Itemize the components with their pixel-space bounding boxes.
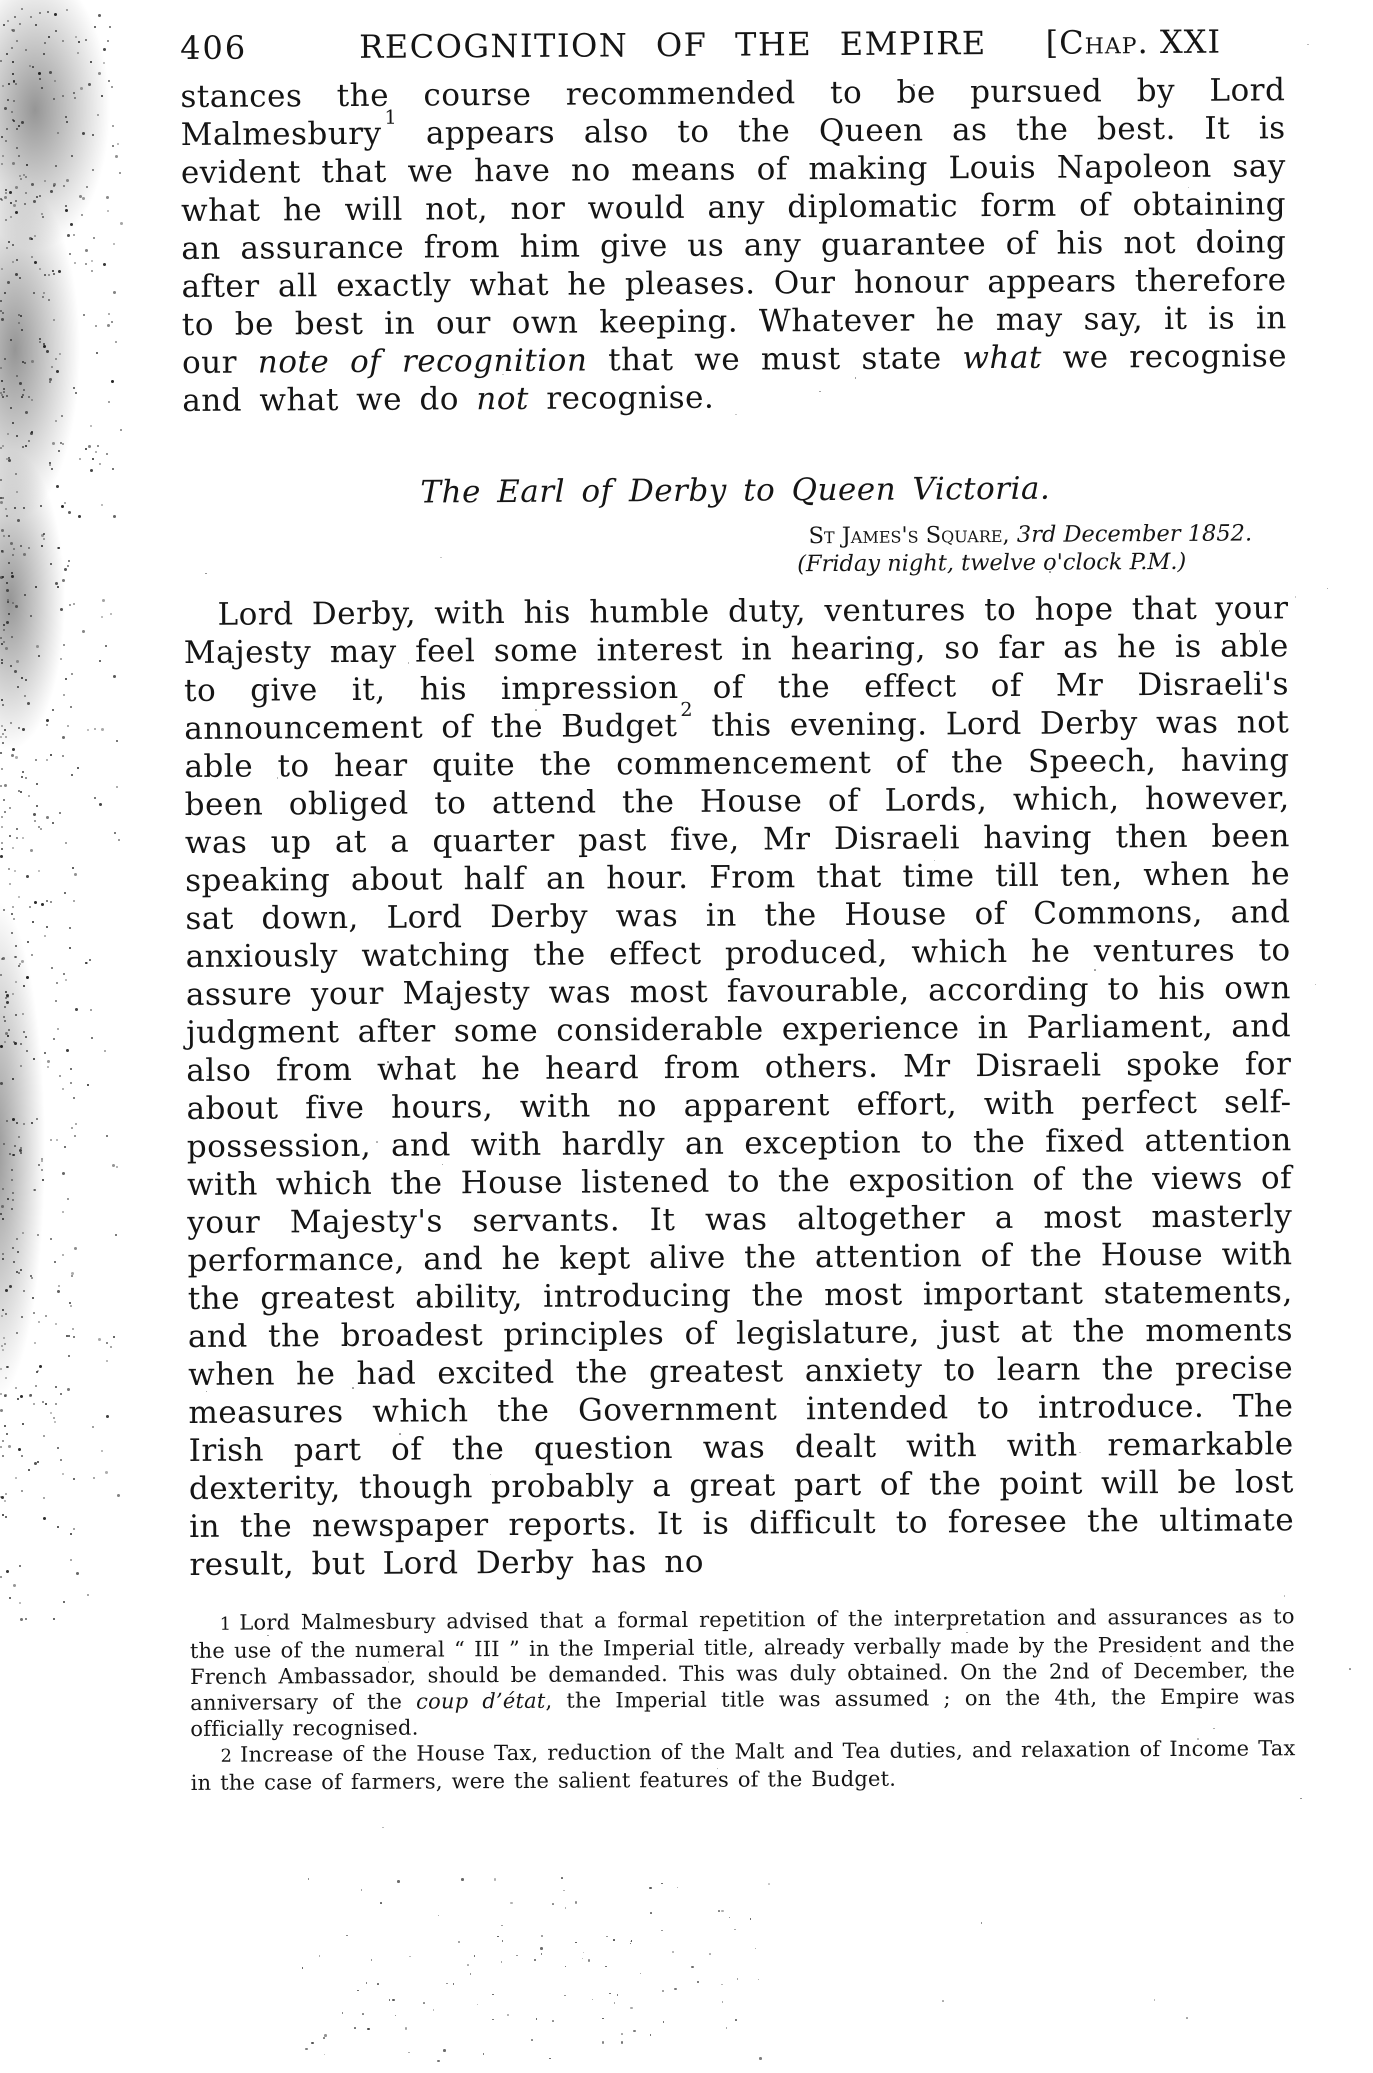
scan-speck: [2, 1514, 4, 1516]
scan-speck: [631, 1940, 633, 1942]
intro-paragraph: stances the course recommended to be pur…: [180, 71, 1287, 420]
scan-speck: [311, 2042, 314, 2045]
scan-speck: [29, 906, 31, 908]
scan-blotch: [0, 900, 45, 1400]
scan-speck: [662, 1990, 665, 1993]
scan-speck: [6, 1433, 8, 1435]
scan-speck: [408, 2052, 410, 2054]
scan-speck: [1307, 44, 1309, 46]
scan-speck: [502, 1940, 504, 1942]
scan-speck: [33, 813, 36, 816]
scan-speck: [104, 1050, 106, 1052]
scan-speck: [78, 515, 81, 518]
scan-speck: [302, 1967, 304, 1969]
scan-speck: [77, 767, 79, 769]
scan-speck: [109, 26, 111, 28]
scan-speck: [53, 1038, 55, 1040]
scan-speck: [30, 1394, 32, 1396]
letter-place: St James's Square,: [809, 522, 1010, 549]
scan-speck: [34, 1342, 36, 1344]
scan-blotch: [0, 450, 65, 750]
scan-speck: [73, 1097, 75, 1099]
scan-speck: [366, 1982, 368, 1984]
scan-speck: [62, 1473, 64, 1475]
scan-speck: [319, 1955, 321, 1957]
scan-speck: [106, 1342, 108, 1344]
scan-speck: [69, 253, 71, 255]
scan-speck: [721, 1910, 724, 1913]
scan-speck: [510, 1902, 513, 1905]
scan-speck: [9, 883, 11, 885]
footnote-marker: 2: [220, 1746, 240, 1767]
scan-speck: [103, 263, 106, 266]
scan-speck: [87, 1084, 89, 1086]
scan-speck: [497, 1936, 499, 1938]
scan-speck: [115, 155, 118, 158]
scan-speck: [674, 1988, 677, 1991]
scan-speck: [92, 1426, 94, 1428]
scan-speck: [61, 505, 64, 508]
scan-speck: [31, 954, 33, 956]
running-title: RECOGNITION OF THE EMPIRE: [300, 23, 1046, 68]
scan-speck: [709, 1953, 711, 1955]
scan-speck: [74, 1247, 77, 1250]
scan-speck: [54, 1421, 56, 1423]
scan-speck: [20, 791, 22, 793]
scan-speck: [74, 1135, 76, 1137]
scan-speck: [70, 1533, 72, 1535]
scan-speck: [2, 1440, 4, 1442]
scan-speck: [942, 2000, 944, 2002]
scan-speck: [56, 485, 59, 488]
scan-speck: [93, 237, 95, 239]
scan-speck: [697, 1981, 700, 1984]
scan-speck: [36, 805, 38, 807]
scan-speck: [98, 14, 101, 17]
scan-speck: [106, 1360, 108, 1362]
scan-speck: [62, 755, 64, 757]
scan-speck: [423, 2002, 425, 2004]
scan-speck: [22, 1423, 24, 1425]
scan-speck: [563, 1890, 565, 1892]
scan-speck: [88, 445, 91, 448]
scan-speck: [1295, 596, 1297, 598]
scan-speck: [34, 1462, 37, 1465]
scan-speck: [342, 2012, 344, 2014]
scan-speck: [377, 1983, 379, 1985]
scan-speck: [92, 458, 94, 460]
scan-speck: [323, 2037, 325, 2039]
scan-speck: [106, 453, 108, 455]
scan-speck: [85, 448, 87, 450]
scan-speck: [46, 724, 48, 726]
scan-speck: [20, 1618, 23, 1621]
scan-speck: [409, 1956, 411, 1958]
scan-speck: [324, 2034, 327, 2037]
scan-speck: [437, 2060, 440, 2063]
scan-speck: [981, 1922, 983, 1924]
scan-speck: [113, 1336, 115, 1338]
scan-speck: [56, 982, 58, 984]
scan-speck: [101, 616, 103, 618]
scan-speck: [38, 870, 40, 872]
scan-speck: [541, 1953, 543, 1955]
scan-speck: [66, 1335, 68, 1337]
scan-speck: [531, 2039, 533, 2041]
scan-speck: [117, 143, 119, 145]
scan-speck: [759, 2057, 762, 2060]
chapter-reference: [Chap. XXI: [1046, 22, 1222, 63]
scan-speck: [66, 1049, 69, 1052]
letter-heading: The Earl of Derby to Queen Victoria.: [183, 469, 1288, 512]
scan-speck: [99, 660, 101, 662]
scan-speck: [113, 675, 116, 678]
scan-speck: [112, 1164, 115, 1167]
scan-speck: [85, 249, 88, 252]
scan-speck: [1186, 2017, 1188, 2019]
scan-speck: [0, 1576, 2, 1578]
scan-speck: [640, 1973, 642, 1975]
footnote-marker: 1: [220, 1614, 240, 1635]
scan-speck: [69, 947, 71, 949]
scan-speck: [633, 2030, 636, 2033]
scan-speck: [15, 756, 18, 759]
scan-speck: [111, 321, 113, 323]
scan-speck: [613, 1939, 615, 1941]
scan-speck: [112, 145, 114, 147]
scan-speck: [68, 1355, 70, 1357]
scan-speck: [1300, 1798, 1302, 1800]
scan-speck: [18, 896, 20, 898]
scan-speck: [73, 1336, 75, 1338]
scan-speck: [755, 1948, 757, 1950]
scan-speck: [98, 1338, 101, 1341]
scan-speck: [726, 2027, 728, 2029]
scan-speck: [9, 1597, 11, 1599]
scan-speck: [47, 1066, 49, 1068]
scan-speck: [39, 1365, 42, 1368]
scan-speck: [62, 736, 65, 739]
scan-speck: [677, 1887, 679, 1889]
footnote-text: Increase of the House Tax, reduction of …: [191, 1736, 1296, 1795]
scan-speck: [107, 324, 110, 327]
scan-speck: [69, 927, 71, 929]
scan-speck: [99, 463, 101, 465]
scan-speck: [67, 565, 69, 567]
scan-speck: [44, 935, 46, 937]
scan-speck: [0, 752, 2, 754]
scan-speck: [9, 807, 11, 809]
scan-speck: [70, 1082, 72, 1084]
scan-speck: [113, 243, 115, 245]
scan-speck: [72, 867, 74, 869]
scan-speck: [57, 1447, 59, 1449]
scan-speck: [18, 790, 20, 792]
letter-body-paragraph: Lord Derby, with his humble duty, ventur…: [183, 589, 1294, 1584]
scan-speck: [575, 1942, 577, 1944]
scan-speck: [2, 1455, 4, 1457]
scan-speck: [44, 1052, 46, 1054]
scan-speck: [4, 1500, 6, 1502]
scan-speck: [25, 777, 27, 779]
scan-speck: [621, 2041, 624, 2044]
scan-speck: [70, 1559, 72, 1561]
scan-speck: [67, 1388, 70, 1391]
scan-speck: [405, 2027, 408, 2030]
scan-speck: [70, 1305, 72, 1307]
scan-speck: [120, 429, 122, 431]
scan-speck: [0, 1496, 2, 1498]
letter-time: (Friday night, twelve o'clock P.M.): [183, 547, 1252, 582]
scan-speck: [1349, 1668, 1351, 1670]
scan-speck: [116, 786, 118, 788]
page-content: 406 RECOGNITION OF THE EMPIRE [Chap. XXI…: [180, 21, 1296, 1796]
scan-speck: [25, 1618, 27, 1620]
footnote-text: Lord Malmesbury advised that a formal re…: [190, 1604, 1295, 1741]
letter-date: 3rd December 1852.: [1017, 520, 1252, 547]
scan-speck: [630, 2007, 633, 2010]
scan-speck: [52, 709, 54, 711]
scan-speck: [73, 1528, 75, 1530]
scan-speck: [324, 2054, 326, 2056]
scan-speck: [110, 1346, 112, 1348]
scan-speck: [82, 630, 85, 633]
scan-speck: [113, 515, 116, 518]
scan-speck: [22, 771, 24, 773]
scan-speck: [1, 768, 3, 770]
scan-speck: [4, 811, 6, 813]
scan-speck: [116, 1166, 118, 1168]
scan-speck: [1, 1496, 4, 1499]
scan-speck: [57, 1290, 60, 1293]
scan-speck: [37, 1370, 39, 1372]
scan-speck: [483, 2053, 485, 2055]
scan-speck: [28, 1469, 30, 1471]
scan-speck: [21, 1455, 23, 1457]
scan-speck: [73, 234, 75, 236]
scan-speck: [602, 2018, 604, 2020]
scan-speck: [602, 2041, 605, 2044]
scan-speck: [73, 1478, 75, 1480]
scan-speck: [649, 1887, 652, 1890]
scan-speck: [305, 2048, 308, 2051]
scan-speck: [67, 1198, 69, 1200]
scan-speck: [119, 172, 121, 174]
scan-speck: [55, 1323, 57, 1325]
scan-speck: [42, 1401, 44, 1403]
scan-speck: [21, 1490, 23, 1492]
scan-speck: [34, 820, 36, 822]
scan-speck: [592, 1999, 594, 2001]
scan-speck: [46, 926, 48, 928]
scan-speck: [15, 1477, 17, 1479]
scan-speck: [16, 828, 18, 830]
scan-speck: [474, 1955, 476, 1957]
scan-speck: [111, 380, 114, 383]
scan-speck: [83, 314, 85, 316]
scan-speck: [51, 967, 53, 969]
scan-speck: [117, 1494, 120, 1497]
scan-speck: [46, 759, 48, 761]
footnote-1: 1Lord Malmesbury advised that a formal r…: [190, 1603, 1296, 1742]
scan-speck: [46, 719, 49, 722]
scan-speck: [115, 1234, 117, 1236]
scan-speck: [650, 2034, 652, 2036]
scan-speck: [477, 2004, 479, 2006]
scan-speck: [41, 903, 44, 906]
scan-speck: [67, 725, 69, 727]
scan-speck: [46, 816, 49, 819]
scan-speck: [582, 1958, 584, 1960]
scan-speck: [609, 1993, 611, 1995]
scan-speck: [55, 1403, 57, 1405]
scan-speck: [105, 1471, 108, 1474]
scan-speck: [87, 729, 89, 731]
scan-speck: [19, 1602, 21, 1604]
scan-speck: [53, 1618, 55, 1620]
scan-speck: [74, 262, 76, 264]
scan-speck: [34, 901, 37, 904]
scan-speck: [395, 2015, 397, 2017]
scan-speck: [433, 2009, 435, 2011]
footnotes-section: 1Lord Malmesbury advised that a formal r…: [190, 1603, 1296, 1796]
scan-speck: [55, 1000, 57, 1002]
scan-speck: [768, 1883, 770, 1885]
scan-speck: [575, 1901, 578, 1904]
scan-speck: [540, 1947, 543, 1950]
scan-speck: [95, 451, 97, 453]
scan-speck: [11, 754, 14, 757]
scan-speck: [663, 2021, 665, 2023]
scan-speck: [32, 921, 34, 923]
scan-speck: [33, 1403, 35, 1405]
scan-speck: [27, 941, 29, 943]
scan-speck: [492, 2019, 494, 2021]
scan-speck: [63, 644, 65, 646]
footnote-2: 2Increase of the House Tax, reduction of…: [190, 1735, 1295, 1796]
scan-speck: [59, 1075, 61, 1077]
running-header: 406 RECOGNITION OF THE EMPIRE [Chap. XXI: [180, 21, 1285, 68]
scan-speck: [14, 870, 16, 872]
scanned-book-page: 406 RECOGNITION OF THE EMPIRE [Chap. XXI…: [0, 0, 1373, 2073]
scan-speck: [8, 1445, 11, 1448]
scan-speck: [101, 504, 103, 506]
scan-speck: [63, 694, 65, 696]
scan-speck: [735, 2019, 737, 2021]
scan-speck: [19, 1565, 21, 1567]
scan-speck: [446, 1983, 448, 1985]
page-number: 406: [180, 27, 300, 68]
scan-speck: [734, 1929, 736, 1931]
scan-speck: [18, 1448, 21, 1451]
scan-speck: [120, 222, 123, 225]
scan-speck: [501, 1925, 503, 1927]
scan-speck: [55, 1386, 57, 1388]
scan-speck: [110, 613, 112, 615]
scan-speck: [371, 1959, 373, 1961]
scan-speck: [118, 839, 120, 841]
scan-speck: [65, 979, 67, 981]
scan-speck: [62, 1172, 65, 1175]
scan-speck: [507, 2014, 510, 2017]
scan-speck: [630, 1941, 632, 1943]
scan-speck: [661, 1883, 663, 1885]
scan-speck: [35, 1385, 37, 1387]
scan-speck: [50, 901, 52, 903]
scan-speck: [85, 263, 87, 265]
scan-speck: [57, 1526, 59, 1528]
scan-speck: [106, 1415, 109, 1418]
scan-speck: [12, 847, 14, 849]
scan-speck: [68, 511, 71, 514]
scan-speck: [107, 40, 109, 42]
scan-speck: [45, 1315, 47, 1317]
scan-speck: [105, 645, 107, 647]
scan-speck: [21, 776, 23, 778]
scan-speck: [461, 1878, 464, 1881]
scan-speck: [112, 125, 114, 127]
scan-speck: [501, 1961, 503, 1963]
scan-speck: [43, 1497, 45, 1499]
scan-speck: [453, 1983, 455, 1985]
scan-speck: [614, 2002, 616, 2004]
scan-speck: [73, 900, 75, 902]
scan-speck: [65, 678, 67, 680]
scan-speck: [1, 848, 3, 850]
scan-speck: [17, 1398, 19, 1400]
scan-speck: [101, 1450, 103, 1452]
scan-speck: [718, 1910, 720, 1912]
scan-speck: [621, 2033, 623, 2035]
scan-speck: [4, 784, 7, 787]
scan-speck: [63, 1601, 65, 1603]
scan-speck: [106, 1135, 108, 1137]
scan-speck: [90, 1009, 92, 1011]
scan-speck: [467, 1964, 469, 1966]
scan-speck: [16, 837, 18, 839]
scan-speck: [552, 2020, 554, 2022]
scan-speck: [101, 728, 104, 731]
scan-speck: [71, 673, 73, 675]
scan-speck: [93, 1477, 95, 1479]
scan-speck: [29, 1394, 32, 1397]
scan-speck: [54, 1261, 56, 1263]
scan-speck: [43, 1435, 45, 1437]
scan-speck: [583, 1952, 585, 1954]
scan-speck: [721, 1984, 723, 1986]
scan-speck: [96, 352, 98, 354]
scan-speck: [33, 1312, 35, 1314]
scan-speck: [62, 1211, 64, 1213]
scan-speck: [588, 1959, 591, 1962]
scan-speck: [62, 1254, 64, 1256]
scan-speck: [1315, 984, 1317, 986]
scan-speck: [70, 1068, 72, 1070]
scan-speck: [64, 568, 67, 571]
scan-speck: [73, 603, 75, 605]
scan-speck: [91, 1037, 93, 1039]
scan-speck: [564, 1995, 566, 1997]
scan-speck: [71, 1275, 73, 1277]
scan-speck: [565, 1966, 567, 1968]
scan-speck: [108, 313, 110, 315]
scan-speck: [397, 1880, 400, 1883]
scan-speck: [536, 2018, 538, 2020]
scan-speck: [6, 1570, 9, 1573]
scan-speck: [552, 1903, 554, 1905]
scan-speck: [28, 795, 30, 797]
scan-speck: [1154, 1999, 1156, 2001]
